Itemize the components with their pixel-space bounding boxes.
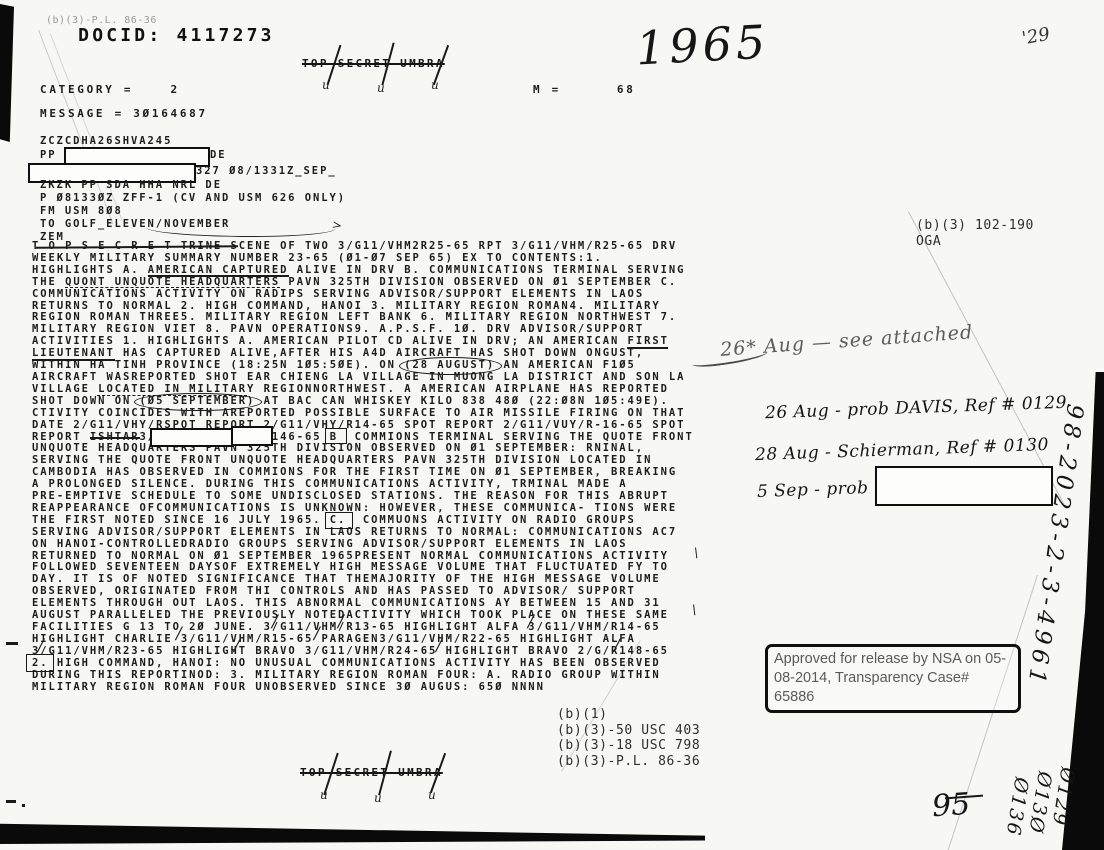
handwritten-note-2: 28 Aug - Schierman, Ref # 0130	[755, 435, 1049, 465]
handwritten-note-1: 26 Aug - prob DAVIS, Ref # 0129	[765, 393, 1068, 424]
circle-annotation-28-august	[399, 357, 502, 375]
box-annotation-2	[26, 654, 54, 672]
corner-mark: '29	[1020, 24, 1051, 50]
routing-line-5: P Ø8133ØZ ZFF-1 (CV AND USM 626 ONLY)	[40, 193, 346, 205]
foia-exemption-list: (b)(1) (b)(3)-50 USC 403 (b)(3)-18 USC 7…	[557, 707, 700, 769]
underline-lieutenant	[32, 359, 115, 361]
scan-diagonal-line	[908, 212, 1064, 505]
routing-line-2-suffix: DE	[210, 150, 227, 162]
underline-quont-headquarters	[65, 287, 280, 288]
pen-slash-mark: /	[614, 636, 620, 656]
pen-slash-mark: /	[436, 636, 442, 656]
strikethrough-ishtar	[90, 437, 140, 439]
pen-swoosh	[146, 222, 336, 238]
pen-backslash-mark: \	[692, 603, 696, 618]
year-annotation: 1965	[635, 15, 771, 76]
pen-backslash-mark: \	[694, 546, 698, 561]
routing-line-4: ZKZK PP SDA HHA NRL DE	[40, 180, 222, 192]
pen-hook-mark: u	[374, 791, 382, 805]
pen-hook-mark: u	[377, 81, 385, 95]
category-line: CATEGORY = 2	[40, 84, 180, 96]
redaction-box	[231, 426, 273, 446]
scan-artifact-bottom-wedge	[0, 822, 705, 844]
docid-exemption-overlay: (b)(3)-P.L. 86-36	[46, 15, 157, 27]
pen-hook-mark: u	[431, 78, 439, 92]
docid-label: DOCID:	[78, 25, 162, 46]
box-annotation-c	[325, 512, 353, 529]
pen-slash-mark: /	[314, 624, 320, 644]
routing-line-3-suffix: 327 Ø8/1331Z_SEP_	[196, 166, 337, 178]
circle-annotation-05-september	[134, 393, 262, 411]
pen-arrow-mark: >	[331, 217, 343, 233]
margin-dot-mark	[22, 804, 25, 807]
margin-dash-mark	[6, 800, 16, 803]
pen-slash-mark: /	[272, 612, 278, 632]
pen-slash-mark: /	[176, 624, 182, 644]
redaction-box	[150, 428, 234, 447]
underline-american-captured	[148, 275, 289, 277]
scan-artifact-left-strip	[0, 4, 14, 142]
document-scan-page: DOCID: 4117273 (b)(3)-P.L. 86-36 TOP SEC…	[0, 0, 1104, 850]
classification-stamp-bottom: TOP SECRET UMBRA	[300, 767, 443, 779]
message-line: MESSAGE = 3Ø164687	[40, 108, 208, 120]
pen-hook-mark: u	[428, 788, 436, 802]
pen-slash-mark: /	[38, 636, 44, 656]
handwritten-note-3: 5 Sep - prob	[757, 478, 869, 502]
margin-dash-mark	[6, 642, 18, 645]
pen-hook-mark: u	[320, 788, 328, 802]
page-number: 95	[931, 787, 972, 825]
docid-number: 4117273	[176, 25, 274, 46]
routing-line-2-prefix: PP	[40, 150, 57, 162]
message-body: T O P S E C R E T TRINE SCENE OF TWO 3/G…	[32, 241, 694, 693]
m-line: M = 68	[533, 84, 636, 96]
case-number-vertical: 98-2023-2-3-4961	[1020, 386, 1090, 707]
box-annotation-b	[325, 428, 347, 444]
oga-exemption-note-line1: (b)(3) 102-190	[916, 218, 1034, 234]
underline-first	[627, 347, 668, 349]
pen-slash-mark: /	[234, 636, 240, 656]
pen-hook-mark: u	[322, 78, 330, 92]
pen-slash-mark: /	[528, 612, 534, 632]
classification-stamp-top: TOP SECRET UMBRA	[302, 58, 445, 70]
oga-exemption-note-line2: OGA	[916, 234, 941, 250]
redaction-box	[875, 466, 1053, 506]
release-stamp: Approved for release by NSA on 05-08-201…	[765, 644, 1021, 713]
pen-slash-mark: /	[338, 612, 344, 632]
routing-line-6: FM USM 8Ø8	[40, 206, 123, 218]
